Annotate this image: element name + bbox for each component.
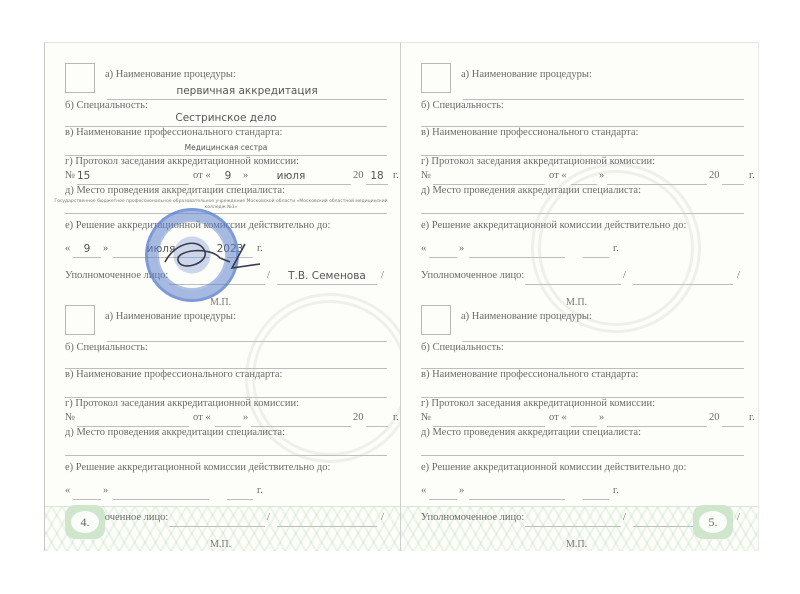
- slash-1: /: [623, 270, 744, 281]
- page-left: а) Наименование процедуры: первичная акк…: [44, 42, 401, 551]
- slash-2: /: [381, 512, 387, 523]
- value-protocol-month[interactable]: июля: [251, 170, 331, 182]
- entry-checkbox[interactable]: [65, 63, 95, 93]
- label-standard: в) Наименование профессионального станда…: [421, 369, 744, 380]
- seal-label: М.П.: [566, 539, 587, 550]
- value-protocol-number[interactable]: 15: [77, 170, 107, 182]
- value-place[interactable]: Государственное бюджетное профессиональн…: [49, 199, 393, 211]
- label-year-suffix-2: г.: [613, 485, 744, 496]
- label-specialty: б) Специальность:: [421, 342, 744, 353]
- value-procedure[interactable]: первичная аккредитация: [107, 85, 387, 97]
- entry-checkbox[interactable]: [421, 63, 451, 93]
- label-standard: в) Наименование профессионального станда…: [65, 127, 387, 138]
- slash-1: /: [267, 512, 387, 523]
- label-protocol: г) Протокол заседания аккредитационной к…: [421, 156, 744, 167]
- seal-label: М.П.: [566, 297, 587, 308]
- label-place: д) Место проведения аккредитации специал…: [65, 185, 387, 196]
- value-valid-day[interactable]: 9: [73, 243, 101, 255]
- number-sign: №: [421, 412, 431, 423]
- page-number: 4.: [71, 511, 99, 533]
- label-place: д) Место проведения аккредитации специал…: [65, 427, 387, 438]
- label-protocol: г) Протокол заседания аккредитационной к…: [421, 398, 744, 409]
- label-year-suffix-2: г.: [613, 243, 744, 254]
- slash-2: /: [381, 270, 387, 281]
- signature-icon: [160, 232, 270, 277]
- label-decision: е) Решение аккредитационной комиссии дей…: [421, 462, 744, 473]
- label-standard: в) Наименование профессионального станда…: [65, 369, 387, 380]
- number-sign: №: [65, 412, 75, 423]
- page-number-badge: 4.: [65, 505, 105, 539]
- seal-label: М.П.: [210, 539, 231, 550]
- entry-checkbox[interactable]: [65, 305, 95, 335]
- page-number-badge: 5.: [693, 505, 733, 539]
- value-protocol-year[interactable]: 18: [366, 170, 388, 182]
- label-procedure: а) Наименование процедуры:: [105, 311, 387, 322]
- label-decision: е) Решение аккредитационной комиссии дей…: [421, 220, 744, 231]
- slash-2: /: [737, 512, 744, 523]
- entry-checkbox[interactable]: [421, 305, 451, 335]
- value-protocol-day[interactable]: 9: [215, 170, 241, 182]
- label-year-suffix-2: г.: [257, 485, 387, 496]
- value-authorized-name[interactable]: Т.В. Семенова: [277, 270, 377, 282]
- label-procedure: а) Наименование процедуры:: [461, 311, 744, 322]
- label-protocol: г) Протокол заседания аккредитационной к…: [65, 156, 387, 167]
- number-sign: №: [65, 170, 75, 181]
- number-sign: №: [421, 170, 431, 181]
- label-year-suffix-2: г.: [257, 243, 387, 254]
- label-year-prefix: 20: [709, 170, 744, 181]
- label-year-prefix: 20: [709, 412, 744, 423]
- slash-2: /: [737, 270, 744, 281]
- page-right: а) Наименование процедуры: б) Специально…: [400, 42, 759, 551]
- label-specialty: б) Специальность:: [65, 342, 387, 353]
- label-specialty: б) Специальность:: [421, 100, 744, 111]
- label-decision: е) Решение аккредитационной комиссии дей…: [65, 462, 387, 473]
- label-place: д) Место проведения аккредитации специал…: [421, 427, 744, 438]
- value-standard[interactable]: Медицинская сестра: [65, 143, 387, 152]
- page-number: 5.: [699, 511, 727, 533]
- label-year-prefix: 20: [353, 412, 387, 423]
- label-place: д) Место проведения аккредитации специал…: [421, 185, 744, 196]
- label-specialty: б) Специальность:: [65, 100, 387, 111]
- seal-label: М.П.: [210, 297, 231, 308]
- value-specialty[interactable]: Сестринское дело: [65, 112, 387, 124]
- label-procedure: а) Наименование процедуры:: [105, 69, 387, 80]
- label-protocol: г) Протокол заседания аккредитационной к…: [65, 398, 387, 409]
- label-standard: в) Наименование профессионального станда…: [421, 127, 744, 138]
- label-procedure: а) Наименование процедуры:: [461, 69, 744, 80]
